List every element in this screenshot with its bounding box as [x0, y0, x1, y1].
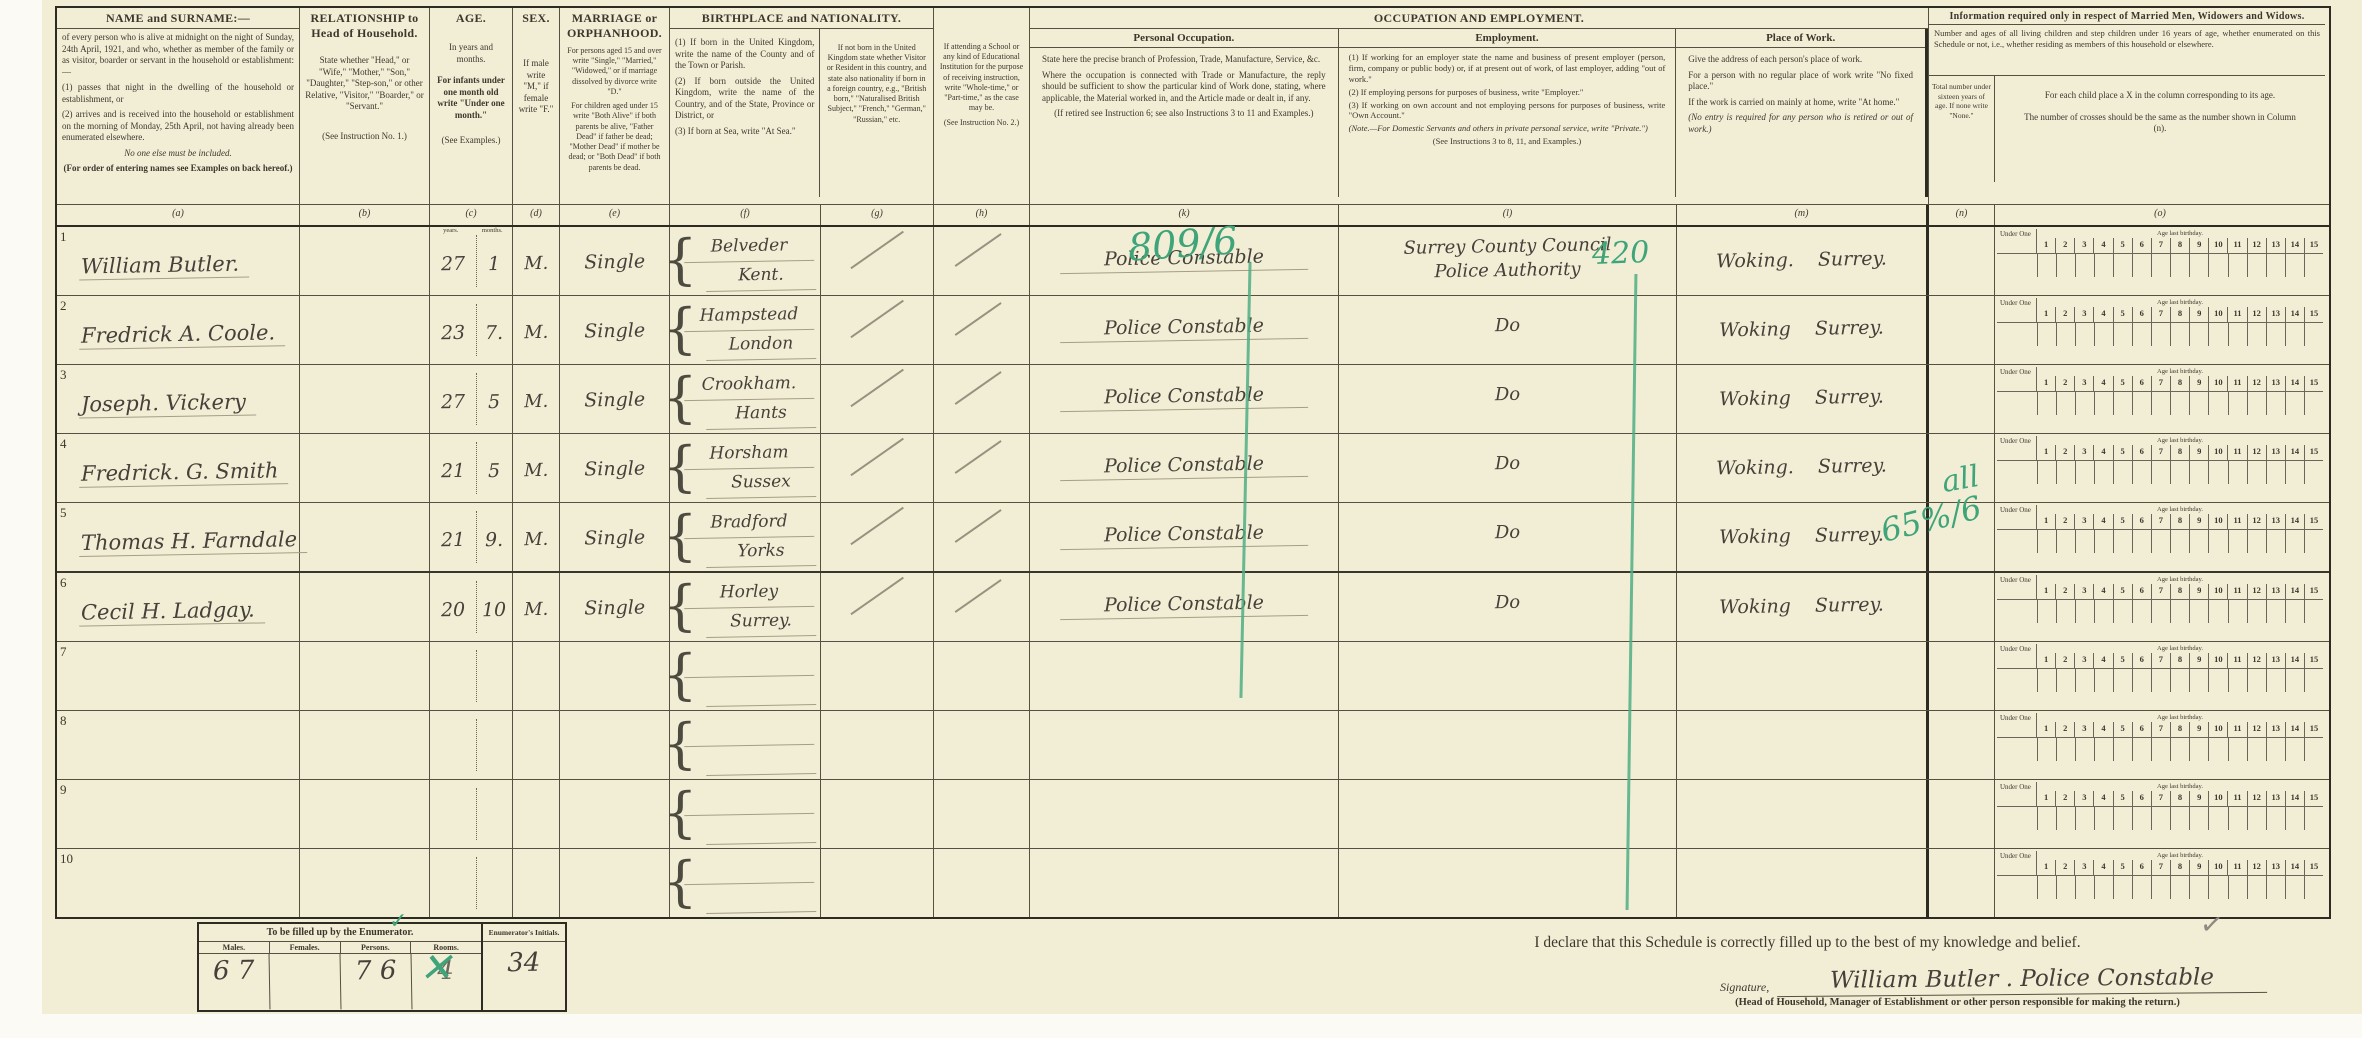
children-total-cell[interactable] [1929, 642, 1995, 710]
age-grid-cell[interactable] [2114, 391, 2133, 415]
females-value[interactable] [269, 953, 341, 1010]
nationality-cell[interactable] [821, 296, 934, 364]
age-grid-cell[interactable] [2229, 737, 2248, 761]
age-grid-cell[interactable] [2248, 253, 2267, 277]
age-grid-cell[interactable] [2286, 599, 2305, 623]
age-grid-cell[interactable] [2095, 322, 2114, 346]
sex-cell[interactable]: M. [513, 573, 560, 641]
age-grid-cell[interactable] [2057, 322, 2076, 346]
age-grid-cell[interactable] [2229, 529, 2248, 553]
birthplace-cell[interactable]: {BelvederKent. [670, 227, 821, 295]
age-grid-cell[interactable] [2229, 391, 2248, 415]
age-grid-cell[interactable] [2133, 875, 2152, 899]
relationship-cell[interactable] [300, 780, 430, 848]
age-grid-cell[interactable] [2248, 529, 2267, 553]
place-of-work-cell[interactable] [1677, 780, 1929, 848]
age-grid-cell[interactable] [2190, 391, 2209, 415]
age-grid-cell[interactable] [2152, 529, 2171, 553]
age-grid-cell[interactable] [2286, 253, 2305, 277]
children-total-cell[interactable] [1929, 711, 1995, 779]
age-grid-cell[interactable] [2305, 322, 2323, 346]
age-grid-cell[interactable] [2229, 460, 2248, 484]
age-grid-cell[interactable] [2209, 806, 2228, 830]
age-grid-cell[interactable] [2267, 253, 2286, 277]
age-last-birthday-caption: Age last birthday. [2037, 782, 2323, 791]
occupation-cell[interactable]: Police Constable [1030, 365, 1339, 433]
age-grid-cell[interactable] [2095, 668, 2114, 692]
age-grid-cell[interactable] [2267, 322, 2286, 346]
employment-cell[interactable] [1339, 642, 1677, 710]
age-grid-cell[interactable] [2286, 322, 2305, 346]
age-grid-cell[interactable] [2095, 599, 2114, 623]
age-grid-cell[interactable] [2114, 875, 2133, 899]
children-ages-cell[interactable]: Under OneAge last birthday.1234567891011… [1995, 365, 2325, 433]
persons-header: Persons. [341, 942, 412, 953]
age-grid-cell[interactable] [2305, 806, 2323, 830]
children-total-cell[interactable] [1929, 573, 1995, 641]
children-ages-cell[interactable]: Under OneAge last birthday.1234567891011… [1995, 711, 2325, 779]
children-total-cell[interactable] [1929, 296, 1995, 364]
age-grid-cell[interactable] [2038, 737, 2057, 761]
age-grid-cell[interactable] [2248, 599, 2267, 623]
age-grid-cell[interactable] [2209, 668, 2228, 692]
age-grid-cell[interactable] [2114, 529, 2133, 553]
age-grid-cell[interactable] [2209, 391, 2228, 415]
age-grid-cell[interactable] [2190, 875, 2209, 899]
age-grid-cell[interactable] [2057, 460, 2076, 484]
age-grid-cell[interactable] [2209, 875, 2228, 899]
age-grid-cell[interactable] [2057, 806, 2076, 830]
age-grid-cell[interactable] [2076, 599, 2095, 623]
age-grid-cell[interactable] [2076, 668, 2095, 692]
age-cell[interactable] [430, 849, 513, 917]
age-grid-cell[interactable] [2057, 737, 2076, 761]
age-grid-cell[interactable] [2286, 875, 2305, 899]
age-grid-cell[interactable] [1997, 253, 2038, 277]
place-of-work-cell[interactable] [1677, 711, 1929, 779]
occupation-cell[interactable] [1030, 849, 1339, 917]
persons-value[interactable]: 7 6 [340, 953, 412, 1010]
age-grid-cell[interactable] [2305, 875, 2323, 899]
age-grid-cell[interactable] [2267, 806, 2286, 830]
relationship-cell[interactable] [300, 711, 430, 779]
age-grid-cell[interactable] [2114, 737, 2133, 761]
age-grid-cell[interactable] [2190, 253, 2209, 277]
age-grid-cell[interactable] [2171, 806, 2190, 830]
marriage-cell[interactable]: Single [560, 573, 670, 641]
age-grid-cell[interactable] [2171, 737, 2190, 761]
occupation-cell[interactable] [1030, 642, 1339, 710]
school-cell[interactable] [934, 849, 1030, 917]
nationality-cell[interactable] [821, 573, 934, 641]
relationship-cell[interactable] [300, 434, 430, 502]
males-value[interactable]: 6 7 [199, 953, 271, 1010]
name-cell[interactable]: 5Thomas H. Farndale [57, 503, 300, 571]
age-grid-cell[interactable] [2248, 806, 2267, 830]
relationship-cell[interactable] [300, 296, 430, 364]
age-cell[interactable]: 219. [430, 503, 513, 571]
children-ages-cell[interactable]: Under OneAge last birthday.1234567891011… [1995, 573, 2325, 641]
age-grid-cell[interactable] [2076, 391, 2095, 415]
nationality-cell[interactable] [821, 227, 934, 295]
nationality-cell[interactable] [821, 503, 934, 571]
age-grid-cell[interactable] [1997, 875, 2038, 899]
children-total-cell[interactable] [1929, 227, 1995, 295]
children-total-cell[interactable] [1929, 365, 1995, 433]
age-grid-cell[interactable] [2248, 460, 2267, 484]
age-grid-cell[interactable] [1997, 737, 2038, 761]
age-grid-cell[interactable] [2267, 391, 2286, 415]
employment-cell[interactable]: Do [1339, 434, 1677, 502]
age-grid-cell[interactable] [2267, 668, 2286, 692]
age-grid-cell[interactable] [2267, 460, 2286, 484]
age-grid-cell[interactable] [2133, 737, 2152, 761]
nationality-cell[interactable] [821, 849, 934, 917]
table-row: 3Joseph. Vickery275M.Single{Crookham.Han… [57, 365, 2329, 434]
relationship-cell[interactable] [300, 849, 430, 917]
birthplace-cell[interactable]: { [670, 642, 821, 710]
occupation-cell[interactable]: Police Constable [1030, 573, 1339, 641]
age-grid-cell[interactable] [2057, 599, 2076, 623]
age-grid-cell[interactable] [2171, 391, 2190, 415]
age-grid-cell[interactable] [2305, 460, 2323, 484]
age-grid-cell[interactable] [2095, 875, 2114, 899]
birthplace-cell[interactable]: {HampsteadLondon [670, 296, 821, 364]
marriage-cell[interactable]: Single [560, 503, 670, 571]
children-total-cell[interactable] [1929, 849, 1995, 917]
age-grid-cell[interactable] [2229, 875, 2248, 899]
age-column-number: 11 [2227, 722, 2246, 737]
age-cell[interactable] [430, 780, 513, 848]
nationality-cell[interactable] [821, 711, 934, 779]
age-grid-cell[interactable] [2171, 599, 2190, 623]
occupation-cell[interactable]: Police Constable [1030, 503, 1339, 571]
employment-cell[interactable]: Do [1339, 503, 1677, 571]
age-grid-cell[interactable] [2095, 253, 2114, 277]
age-grid-cell[interactable] [2190, 460, 2209, 484]
age-grid-cell[interactable] [2076, 460, 2095, 484]
age-grid-cell[interactable] [2190, 529, 2209, 553]
age-grid-cell[interactable] [2076, 253, 2095, 277]
employment-cell[interactable]: Do [1339, 573, 1677, 641]
age-grid-cell[interactable] [2095, 460, 2114, 484]
school-cell[interactable] [934, 296, 1030, 364]
employment-cell[interactable]: Do [1339, 296, 1677, 364]
age-grid-cell[interactable] [2190, 806, 2209, 830]
marriage-cell[interactable]: Single [560, 365, 670, 433]
age-grid-cell[interactable] [2152, 391, 2171, 415]
name-cell[interactable]: 2Fredrick A. Coole. [57, 296, 300, 364]
age-cell[interactable]: 237. [430, 296, 513, 364]
age-grid-cell[interactable] [2171, 529, 2190, 553]
age-grid-cell[interactable] [2076, 806, 2095, 830]
children-ages-cell[interactable]: Under OneAge last birthday.1234567891011… [1995, 780, 2325, 848]
age-grid-cell[interactable] [2305, 391, 2323, 415]
place-of-work-cell[interactable]: Woking Surrey. [1677, 365, 1929, 433]
age-grid-cell[interactable] [2190, 737, 2209, 761]
age-grid-cell[interactable] [2209, 322, 2228, 346]
birthplace-cell[interactable]: { [670, 849, 821, 917]
place-of-work-cell[interactable]: Woking. Surrey. [1677, 227, 1929, 295]
age-grid-cell[interactable] [1997, 322, 2038, 346]
age-grid-cell[interactable] [2152, 806, 2171, 830]
age-grid-cell[interactable] [2057, 391, 2076, 415]
age-cell[interactable] [430, 642, 513, 710]
age-grid-cell[interactable] [2267, 529, 2286, 553]
sex-cell[interactable]: M. [513, 503, 560, 571]
age-grid-cell[interactable] [2133, 806, 2152, 830]
age-grid-cell[interactable] [2209, 599, 2228, 623]
age-grid-cell[interactable] [2248, 737, 2267, 761]
age-grid-cell[interactable] [2038, 322, 2057, 346]
age-grid-cell[interactable] [2305, 599, 2323, 623]
age-grid-cell[interactable] [2152, 253, 2171, 277]
col-children-total-header: Total number under sixteen years of age.… [1929, 76, 1995, 182]
age-grid-cell[interactable] [2190, 599, 2209, 623]
age-grid-cell[interactable] [2057, 668, 2076, 692]
pen-slash [850, 577, 903, 615]
age-grid-cell[interactable] [2229, 322, 2248, 346]
age-grid-cell[interactable] [2095, 737, 2114, 761]
age-grid-cell[interactable] [2305, 253, 2323, 277]
age-grid-cell[interactable] [2076, 875, 2095, 899]
age-grid-cell[interactable] [2038, 806, 2057, 830]
nationality-cell[interactable] [821, 434, 934, 502]
birthplace-cell[interactable]: { [670, 711, 821, 779]
age-grid-cell[interactable] [2171, 668, 2190, 692]
age-grid-cell[interactable] [2209, 529, 2228, 553]
birthplace-cell[interactable]: { [670, 780, 821, 848]
age-grid-cell[interactable] [1997, 460, 2038, 484]
marriage-cell[interactable]: Single [560, 227, 670, 295]
relationship-cell[interactable] [300, 227, 430, 295]
children-ages-cell[interactable]: Under OneAge last birthday.1234567891011… [1995, 503, 2325, 571]
age-grid-cell[interactable] [2267, 737, 2286, 761]
age-grid-cell[interactable] [2114, 460, 2133, 484]
age-grid-cell[interactable] [2305, 529, 2323, 553]
age-grid-cell[interactable] [2152, 322, 2171, 346]
age-grid-cell[interactable] [2190, 322, 2209, 346]
school-cell[interactable] [934, 227, 1030, 295]
age-grid-cell[interactable] [2114, 599, 2133, 623]
age-column-number: 14 [2285, 722, 2304, 737]
age-grid-cell[interactable] [2286, 460, 2305, 484]
age-grid-cell[interactable] [2229, 253, 2248, 277]
place-of-work-cell[interactable] [1677, 642, 1929, 710]
school-cell[interactable] [934, 503, 1030, 571]
children-ages-cell[interactable]: Under OneAge last birthday.1234567891011… [1995, 227, 2325, 295]
children-ages-cell[interactable]: Under OneAge last birthday.1234567891011… [1995, 296, 2325, 364]
name-cell[interactable]: 3Joseph. Vickery [57, 365, 300, 433]
age-grid-cell[interactable] [2248, 875, 2267, 899]
sex-cell[interactable]: M. [513, 365, 560, 433]
age-grid-cell[interactable] [2229, 668, 2248, 692]
age-grid-cell[interactable] [2076, 322, 2095, 346]
occupation-cell[interactable] [1030, 780, 1339, 848]
age-grid-cell[interactable] [2095, 806, 2114, 830]
age-grid-cell[interactable] [2095, 391, 2114, 415]
age-grid-cell[interactable] [2133, 322, 2152, 346]
marriage-cell[interactable] [560, 642, 670, 710]
age-grid-cell[interactable] [1997, 599, 2038, 623]
age-grid-cell[interactable] [2286, 737, 2305, 761]
children-ages-cell[interactable]: Under OneAge last birthday.1234567891011… [1995, 434, 2325, 502]
age-grid-cell[interactable] [2152, 737, 2171, 761]
age-grid-cell[interactable] [2038, 391, 2057, 415]
school-cell[interactable] [934, 365, 1030, 433]
age-grid-cell[interactable] [2286, 806, 2305, 830]
relationship-cell[interactable] [300, 573, 430, 641]
rooms-value[interactable]: 4 ✕ [411, 953, 482, 1010]
age-grid-cell[interactable] [2114, 668, 2133, 692]
age-cell[interactable]: 2010 [430, 573, 513, 641]
age-grid-cell[interactable] [2171, 875, 2190, 899]
relationship-cell[interactable] [300, 365, 430, 433]
place-of-work-cell[interactable]: Woking. Surrey. [1677, 434, 1929, 502]
occupation-cell[interactable]: Police Constable [1030, 434, 1339, 502]
marriage-cell[interactable]: Single [560, 296, 670, 364]
age-cell[interactable]: 275 [430, 365, 513, 433]
age-grid-cell[interactable] [2057, 875, 2076, 899]
sex-cell[interactable]: M. [513, 227, 560, 295]
age-cell[interactable]: 271 [430, 227, 513, 295]
name-cell[interactable]: 4Fredrick. G. Smith [57, 434, 300, 502]
name-cell[interactable]: 10 [57, 849, 300, 917]
age-grid-cell[interactable] [2133, 668, 2152, 692]
age-grid-cell[interactable] [2248, 322, 2267, 346]
children-ages-cell[interactable]: Under OneAge last birthday.1234567891011… [1995, 849, 2325, 917]
age-column-number: 14 [2285, 791, 2304, 806]
signature-entry[interactable]: William Butler . Police Constable [1777, 964, 2267, 997]
age-grid-cell[interactable] [2152, 460, 2171, 484]
age-grid-cell[interactable] [2286, 529, 2305, 553]
name-cell[interactable]: 7 [57, 642, 300, 710]
age-grid-cell[interactable] [1997, 391, 2038, 415]
relationship-cell[interactable] [300, 642, 430, 710]
age-grid-cell[interactable] [2133, 529, 2152, 553]
school-cell[interactable] [934, 642, 1030, 710]
sex-cell[interactable] [513, 642, 560, 710]
age-grid-cell[interactable] [2114, 806, 2133, 830]
age-grid-cell[interactable] [2152, 668, 2171, 692]
age-grid-cell[interactable] [2057, 529, 2076, 553]
age-grid-cell[interactable] [2229, 599, 2248, 623]
nationality-cell[interactable] [821, 365, 934, 433]
age-grid-cell[interactable] [2133, 599, 2152, 623]
age-column-number: 15 [2304, 445, 2323, 460]
name-cell[interactable]: 9 [57, 780, 300, 848]
age-grid-cell[interactable] [2114, 322, 2133, 346]
age-grid-cell[interactable] [2076, 737, 2095, 761]
age-grid-cell[interactable] [2267, 599, 2286, 623]
age-grid-cell[interactable] [2190, 668, 2209, 692]
age-grid-cell[interactable] [2305, 668, 2323, 692]
age-cell[interactable] [430, 711, 513, 779]
enumerator-initials-value[interactable]: 34 [482, 941, 565, 1010]
marriage-cell[interactable] [560, 780, 670, 848]
age-grid-cell[interactable] [2286, 668, 2305, 692]
age-grid-cell[interactable] [2209, 460, 2228, 484]
school-cell[interactable] [934, 434, 1030, 502]
employment-cell[interactable] [1339, 711, 1677, 779]
age-months-entry: 7. [475, 296, 512, 365]
age-grid-cell[interactable] [2095, 529, 2114, 553]
birthplace-cell[interactable]: {BradfordYorks [670, 503, 821, 571]
age-grid-cell[interactable] [2038, 253, 2057, 277]
sex-cell[interactable]: M. [513, 296, 560, 364]
school-cell[interactable] [934, 711, 1030, 779]
age-grid-cell[interactable] [2229, 806, 2248, 830]
sex-cell[interactable] [513, 711, 560, 779]
place-of-work-cell[interactable] [1677, 849, 1929, 917]
birthplace-cell[interactable]: {HorshamSussex [670, 434, 821, 502]
occupation-cell[interactable]: Police Constable [1030, 296, 1339, 364]
age-grid-cell[interactable] [2171, 253, 2190, 277]
school-cell[interactable] [934, 573, 1030, 641]
nationality-cell[interactable] [821, 780, 934, 848]
marriage-cell[interactable] [560, 849, 670, 917]
age-grid-cell[interactable] [2209, 253, 2228, 277]
birthplace-cell[interactable]: {HorleySurrey. [670, 573, 821, 641]
age-grid-cell[interactable] [2133, 253, 2152, 277]
age-grid-cell[interactable] [2209, 737, 2228, 761]
pen-slash [955, 440, 1002, 473]
school-cell[interactable] [934, 780, 1030, 848]
relationship-cell[interactable] [300, 503, 430, 571]
age-grid-cell[interactable] [2038, 599, 2057, 623]
age-grid-cell[interactable] [2038, 668, 2057, 692]
name-cell[interactable]: 6Cecil H. Ladgay. [57, 573, 300, 641]
age-grid-cell[interactable] [2305, 737, 2323, 761]
age-cell[interactable]: 215 [430, 434, 513, 502]
place-of-work-cell[interactable]: Woking Surrey. [1677, 296, 1929, 364]
age-grid-cell[interactable] [2114, 253, 2133, 277]
name-cell[interactable]: 1William Butler. [57, 227, 300, 295]
occupation-cell[interactable] [1030, 711, 1339, 779]
sex-cell[interactable] [513, 780, 560, 848]
age-grid-cell[interactable] [2267, 875, 2286, 899]
employment-cell[interactable]: Do [1339, 365, 1677, 433]
age-grid-cell[interactable] [2171, 322, 2190, 346]
children-ages-cell[interactable]: Under OneAge last birthday.1234567891011… [1995, 642, 2325, 710]
marriage-cell[interactable] [560, 711, 670, 779]
birthplace-cell[interactable]: {Crookham.Hants [670, 365, 821, 433]
age-grid-cell[interactable] [1997, 668, 2038, 692]
age-grid-cell[interactable] [2038, 529, 2057, 553]
children-total-cell[interactable] [1929, 780, 1995, 848]
marriage-cell[interactable]: Single [560, 434, 670, 502]
age-grid-cell[interactable] [2076, 529, 2095, 553]
nationality-cell[interactable] [821, 642, 934, 710]
sex-cell[interactable] [513, 849, 560, 917]
age-grid-cell[interactable] [2248, 391, 2267, 415]
age-grid-cell[interactable] [2038, 875, 2057, 899]
age-grid-cell[interactable] [2286, 391, 2305, 415]
age-grid-cell[interactable] [1997, 806, 2038, 830]
sex-cell[interactable]: M. [513, 434, 560, 502]
age-grid-cell[interactable] [2133, 460, 2152, 484]
age-grid-cell[interactable] [2057, 253, 2076, 277]
name-cell[interactable]: 8 [57, 711, 300, 779]
age-grid-cell[interactable] [1997, 529, 2038, 553]
place-of-work-cell[interactable]: Woking Surrey. [1677, 573, 1929, 641]
age-grid-cell[interactable] [2248, 668, 2267, 692]
age-grid-cell[interactable] [2171, 460, 2190, 484]
age-grid-cell[interactable] [2152, 875, 2171, 899]
age-grid-cell[interactable] [2133, 391, 2152, 415]
age-grid-cell[interactable] [2038, 460, 2057, 484]
age-grid-cell[interactable] [2152, 599, 2171, 623]
